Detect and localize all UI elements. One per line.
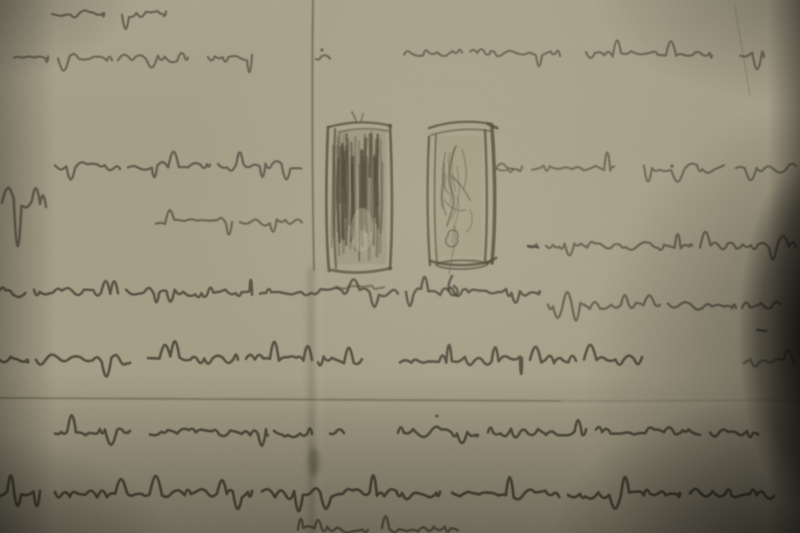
letter-photograph bbox=[0, 0, 800, 533]
paper-grain-texture bbox=[0, 0, 800, 533]
letter-artwork bbox=[0, 0, 800, 533]
